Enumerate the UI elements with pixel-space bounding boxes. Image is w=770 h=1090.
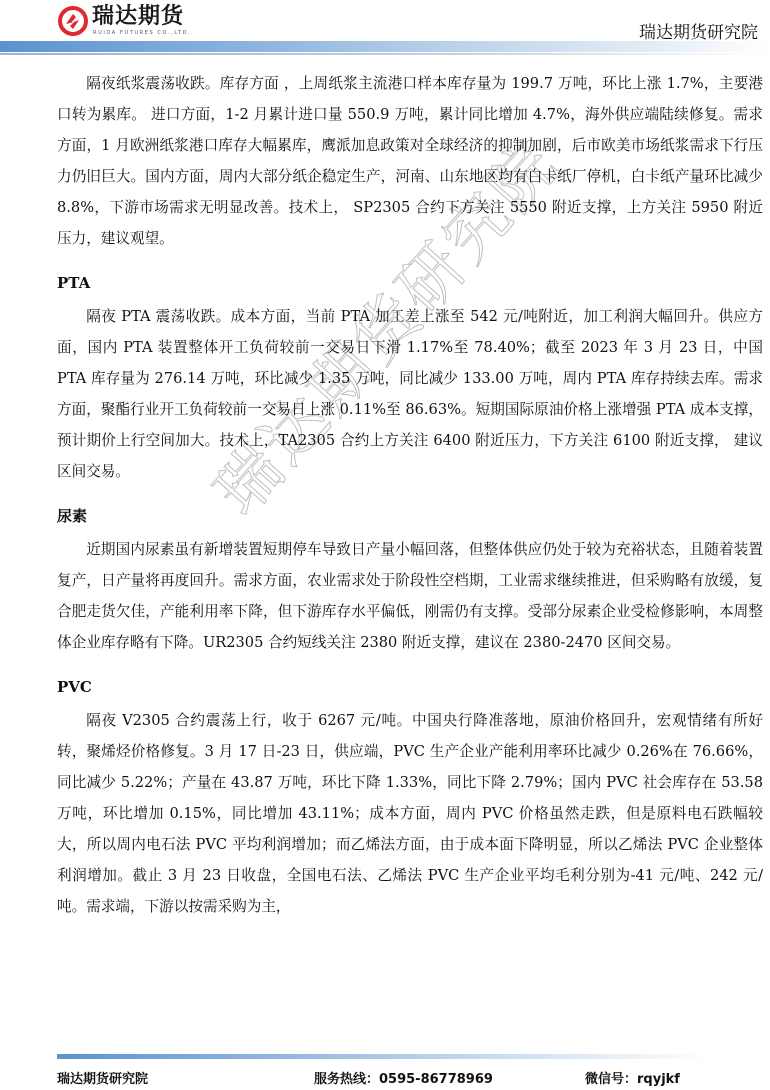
- header-divider: [0, 53, 770, 55]
- paragraph: 隔夜 PTA 震荡收跌。成本方面，当前 PTA 加工差上涨至 542 元/吨附近…: [57, 301, 763, 487]
- header-gradient-band: [0, 41, 770, 52]
- section-pulp: 隔夜纸浆震荡收跌。库存方面 ，上周纸浆主流港口样本库存量为 199.7 万吨，环…: [57, 68, 763, 254]
- footer-organization: 瑞达期货研究院: [57, 1068, 148, 1087]
- page-footer: 瑞达期货研究院 服务热线：0595-86778969 微信号：rqyjkf: [57, 1068, 763, 1088]
- section-title: 尿素: [57, 501, 763, 532]
- header-title: 瑞达期货研究院: [639, 18, 758, 43]
- paragraph: 近期国内尿素虽有新增装置短期停车导致日产量小幅回落，但整体供应仍处于较为充裕状态…: [57, 534, 763, 658]
- section-title: PVC: [57, 672, 763, 703]
- document-body: 隔夜纸浆震荡收跌。库存方面 ，上周纸浆主流港口样本库存量为 199.7 万吨，环…: [57, 68, 763, 922]
- page-header: 瑞达期货 RUIDA FUTURES CO.,LTD. 瑞达期货研究院: [0, 0, 770, 56]
- ruida-logo-icon: [58, 6, 88, 36]
- company-logo: 瑞达期货 RUIDA FUTURES CO.,LTD.: [58, 4, 191, 42]
- section-urea: 尿素 近期国内尿素虽有新增装置短期停车导致日产量小幅回落，但整体供应仍处于较为充…: [57, 501, 763, 658]
- paragraph: 隔夜纸浆震荡收跌。库存方面 ，上周纸浆主流港口样本库存量为 199.7 万吨，环…: [57, 68, 763, 254]
- logo-chinese-name: 瑞达期货: [92, 4, 191, 30]
- section-title: PTA: [57, 268, 763, 299]
- paragraph: 隔夜 V2305 合约震荡上行，收于 6267 元/吨。中国央行降准落地，原油价…: [57, 705, 763, 922]
- footer-hotline: 服务热线：0595-86778969: [314, 1068, 493, 1087]
- footer-gradient-band: [57, 1054, 712, 1059]
- section-pta: PTA 隔夜 PTA 震荡收跌。成本方面，当前 PTA 加工差上涨至 542 元…: [57, 268, 763, 487]
- logo-english-name: RUIDA FUTURES CO.,LTD.: [93, 30, 191, 37]
- footer-wechat: 微信号：rqyjkf: [585, 1068, 680, 1087]
- section-pvc: PVC 隔夜 V2305 合约震荡上行，收于 6267 元/吨。中国央行降准落地…: [57, 672, 763, 922]
